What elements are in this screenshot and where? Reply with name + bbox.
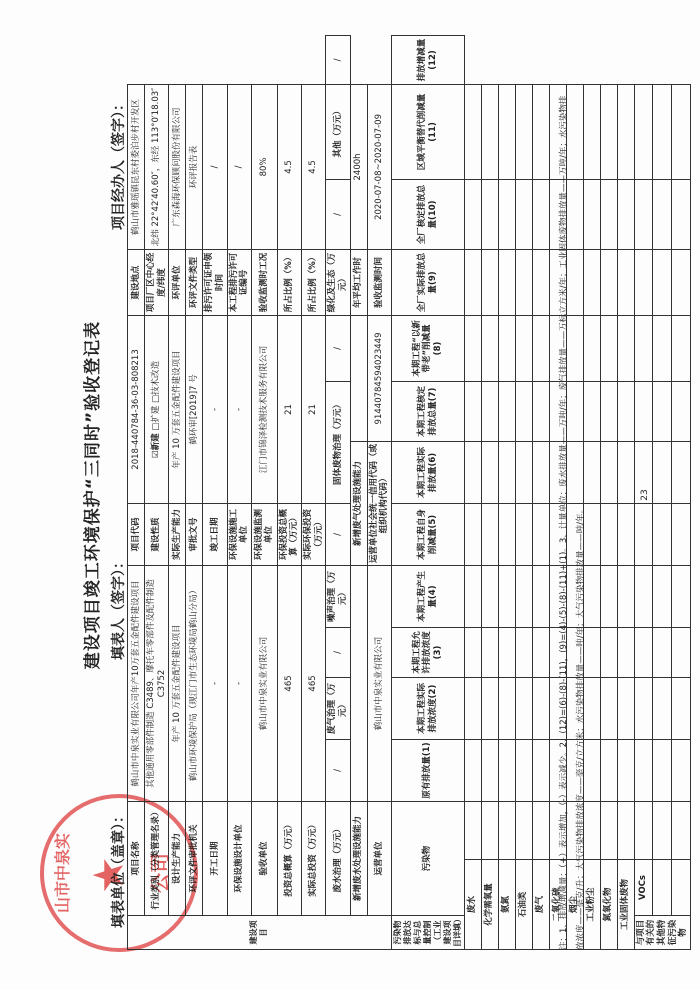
header-col-2: 本期工程实际排放浓度(2) <box>391 677 464 739</box>
label-gas-treatment: 废气治理（万元） <box>326 677 350 739</box>
pollutant-cell <box>672 627 691 677</box>
label-env-invest-budget: 环保投资总概算（万元） <box>277 503 301 565</box>
value-project-name: 鹤山市中泉实业有限公司年产10万套五金配件建设项目 <box>128 565 145 801</box>
pollutant-cell <box>498 739 515 801</box>
header-col-10: 全厂核定排放总量(10) <box>391 179 464 249</box>
value-acceptance-unit: 鹤山市中泉实业有限公司 <box>251 565 277 801</box>
pollutant-cell <box>617 739 634 801</box>
pollutant-cell <box>653 677 672 739</box>
label-permit-time: 排污许可证申领时间 <box>203 249 227 315</box>
pollutant-cell <box>653 739 672 801</box>
pollutant-row: 工业固体废物 <box>617 36 634 950</box>
label-design-capacity: 设计生产能力 <box>169 801 186 915</box>
pollutant-cell <box>464 739 481 801</box>
pollutant-cell <box>672 315 691 381</box>
value-greening: / <box>326 179 350 249</box>
filler-label: 填表人（签字）： <box>108 555 128 660</box>
pollutant-cell <box>481 503 498 565</box>
pollutant-cell <box>653 801 672 859</box>
pollutant-cell <box>532 739 549 801</box>
pollutant-cell <box>464 565 481 627</box>
pollutant-cell <box>617 627 634 677</box>
pollutant-cell <box>617 315 634 381</box>
manager-label: 项目经办人（签字）： <box>108 97 128 230</box>
pollutant-cell <box>600 249 617 315</box>
pollutant-cell <box>498 801 515 859</box>
pollutant-cell <box>481 801 498 859</box>
pollutant-cell <box>532 677 549 739</box>
pollutant-row: 石油类 <box>515 36 532 950</box>
label-industry: 行业类别（分类管理名录） <box>145 801 169 915</box>
value-water-treatment: / <box>326 739 350 801</box>
value-ratio-budget: 4.5 <box>277 84 301 249</box>
value-work-hours: 2400h <box>350 84 367 249</box>
pollutant-cell <box>617 84 634 179</box>
pollutant-cell <box>617 441 634 503</box>
pollutant-cell <box>498 84 515 179</box>
value-new-water-capacity <box>350 565 367 801</box>
pollutant-cell <box>532 381 549 441</box>
label-acceptance-unit: 验收单位 <box>251 801 277 915</box>
section-label-pollutant: 污染物排放达标与总量控制（工业建设项目详填） <box>391 916 464 950</box>
pollutant-cell <box>532 84 549 179</box>
label-start-date: 开工日期 <box>203 801 227 915</box>
pollutant-row: 氮氧化物 <box>600 36 617 950</box>
pollutant-cell <box>498 677 515 739</box>
page-number: 23 <box>640 0 650 990</box>
pollutant-cell <box>515 565 532 627</box>
value-design-capacity: 年产 10 万套五金配件建设项目 <box>169 565 186 801</box>
label-center-coords: 项目厂区中心经度/纬度 <box>145 249 169 315</box>
value-eia-type: 环评报告表 <box>186 84 203 249</box>
pollutant-name: 工业固体废物 <box>617 860 634 950</box>
pollutant-cell <box>481 627 498 677</box>
value-other: / <box>326 36 350 85</box>
pollutant-cell <box>498 315 515 381</box>
pollutant-cell <box>498 503 515 565</box>
label-ratio-budget: 所占比例（%） <box>277 249 301 315</box>
label-water-treatment: 废水治理（万元） <box>326 801 350 915</box>
pollutant-cell <box>464 84 481 179</box>
label-design-unit: 环保设施设计单位 <box>227 801 251 915</box>
pollutant-cell <box>498 249 515 315</box>
pollutant-cell <box>532 627 549 677</box>
row-industry: 行业类别（分类管理名录） 其他通用零部件制造 C3489、摩托车零部件及配件制造… <box>145 36 169 950</box>
pollutant-cell <box>653 315 672 381</box>
page-title: 建设项目竣工环境保护“三同时”验收登记表 <box>78 0 103 990</box>
pollutant-cell <box>672 441 691 503</box>
value-monitor-unit: 江门市锦泽检测技术服务有限公司 <box>251 315 277 503</box>
label-project-code: 项目代码 <box>128 503 145 565</box>
row-design-capacity: 设计生产能力 年产 10 万套五金配件建设项目 实际生产能力 年产 10 万套五… <box>169 36 186 950</box>
header-col-9: 全厂实际排放总量(9) <box>391 249 464 315</box>
label-noise-treatment: 噪声治理（万元） <box>326 565 350 627</box>
pollutant-cell <box>532 179 549 249</box>
pollutant-cell <box>600 315 617 381</box>
label-new-water-capacity: 新增废水处理设施能力 <box>350 801 367 915</box>
label-ratio-actual: 所占比例（%） <box>302 249 326 315</box>
value-credit-code: 91440784594023449 <box>367 315 391 441</box>
value-construct-unit: - <box>227 315 251 503</box>
pollutant-cell <box>481 565 498 627</box>
pollutant-cell <box>672 677 691 739</box>
header-col-3: 本期工程允许排放浓度(3) <box>391 627 464 677</box>
pollutant-cell <box>464 441 481 503</box>
pollutant-name: 废气 <box>532 860 549 950</box>
row-treatment: 废水治理（万元） / 废气治理（万元） / 噪声治理（万元） / 固体废物治理（… <box>326 36 350 950</box>
pollutant-cell <box>532 249 549 315</box>
document-page: 山市中泉实 ★ 公司 建设项目竣工环境保护“三同时”验收登记表 填表单位（盖章）… <box>0 0 700 990</box>
pollutant-cell <box>498 627 515 677</box>
value-work-condition: 80% <box>251 84 277 249</box>
value-doc-no: 鹤环审[2019]7 号 <box>186 315 203 503</box>
pollutant-cell <box>498 565 515 627</box>
header-pollutant: 污染物 <box>391 801 464 915</box>
pollutant-row: 化学需氧量 <box>481 36 498 950</box>
pollutant-cell <box>515 249 532 315</box>
value-invest-total: 465 <box>277 565 301 801</box>
value-site: 鹤山市雅瑶镇昆东村委泊步村开发区 <box>128 84 145 249</box>
pollutant-cell <box>617 565 634 627</box>
pollutant-cell <box>653 503 672 565</box>
pollutant-cell <box>617 249 634 315</box>
pollutant-cell <box>464 801 481 859</box>
pollutant-cell <box>464 627 481 677</box>
pollutant-cell <box>481 381 498 441</box>
pollutant-cell <box>617 503 634 565</box>
pollutant-cell <box>481 441 498 503</box>
pollutant-name: 氨氮 <box>498 860 515 950</box>
pollutant-cell <box>515 381 532 441</box>
seal-text-top: 山市中泉实 <box>50 808 73 938</box>
pollutant-cell <box>464 179 481 249</box>
pollutant-name: 石油类 <box>515 860 532 950</box>
value-actual-capacity: 年产 10 万套五金配件建设项目 <box>169 315 186 503</box>
label-nature: 建设性质 <box>145 503 169 565</box>
pollutant-cell <box>600 503 617 565</box>
label-site: 建设地点 <box>128 249 145 315</box>
pollutant-row <box>653 36 672 950</box>
pollutant-row: 氨氮 <box>498 36 515 950</box>
value-design-unit: - <box>227 565 251 801</box>
pollutant-cell <box>600 677 617 739</box>
label-project-name: 项目名称 <box>128 801 145 915</box>
pollutant-cell <box>653 627 672 677</box>
pollutant-cell <box>515 503 532 565</box>
pollutant-cell <box>600 801 617 859</box>
pollutant-cell <box>464 381 481 441</box>
label-monitor-unit: 环保设施监测单位 <box>251 503 277 565</box>
pollutant-cell <box>617 677 634 739</box>
pollutant-cell <box>481 315 498 381</box>
pollutant-cell <box>653 565 672 627</box>
pollutant-cell <box>672 739 691 801</box>
row-project-name: 建设项目 项目名称 鹤山市中泉实业有限公司年产10万套五金配件建设项目 项目代码… <box>128 36 145 950</box>
footnote-line-1: 注：1、排放增减量：（+）表示增加，（-）表示减少。2、(12)=(6)-(8)… <box>556 40 573 950</box>
pollutant-cell <box>600 565 617 627</box>
header-col-7: 本期工程核定排放总量(7) <box>391 381 464 441</box>
header-col-11: 区域平衡替代削减量(11) <box>391 84 464 179</box>
pollutant-cell <box>672 503 691 565</box>
header-col-12: 排放增减量(12) <box>391 36 464 85</box>
row-operator: 运营单位 鹤山市中泉实业有限公司 运营单位社会统一信用代码（或组织机构代码） 9… <box>367 36 391 950</box>
pollutant-name <box>672 860 691 916</box>
pollutant-name: 氮氧化物 <box>600 860 617 950</box>
value-approval-org: 鹤山市环境保护局（现江门市生态环境局鹤山分局） <box>186 565 203 801</box>
pollutant-row <box>672 36 691 950</box>
row-invest-total: 投资总概算（万元） 465 环保投资总概算（万元） 21 所占比例（%） 4.5 <box>277 36 301 950</box>
value-project-code: 2018-440784-36-03-808213 <box>128 315 145 503</box>
pollutant-cell <box>672 565 691 627</box>
pollutant-cell <box>464 249 481 315</box>
label-monitor-period: 验收监测时间 <box>367 249 391 315</box>
label-solid-treatment: 固体废物治理（万元） <box>326 381 350 503</box>
pollutant-cell <box>672 249 691 315</box>
value-start-date: - <box>203 565 227 801</box>
value-env-invest-actual: 21 <box>302 315 326 503</box>
pollutant-cell <box>532 801 549 859</box>
label-work-condition: 验收监测时工况 <box>251 249 277 315</box>
pollutant-cell <box>481 677 498 739</box>
value-finish-date: - <box>203 315 227 503</box>
value-permit-no: / <box>227 84 251 249</box>
pollutant-cell <box>515 315 532 381</box>
value-ratio-actual: 4.5 <box>302 84 326 249</box>
row-acceptance-unit: 验收单位 鹤山市中泉实业有限公司 环保设施监测单位 江门市锦泽检测技术服务有限公… <box>251 36 277 950</box>
value-operator: 鹤山市中泉实业有限公司 <box>367 565 391 801</box>
pollutant-cell <box>600 84 617 179</box>
label-env-invest-actual: 实际环保投资（万元） <box>302 503 326 565</box>
pollutant-cell <box>653 249 672 315</box>
label-eia-type: 环评文件类型 <box>186 249 203 315</box>
pollutant-cell <box>617 801 634 859</box>
label-permit-no: 本工程排污许可证编号 <box>227 249 251 315</box>
pollutant-row: 废气 <box>532 36 549 950</box>
pollutant-name: 废水 <box>464 860 481 950</box>
label-actual-capacity: 实际生产能力 <box>169 503 186 565</box>
value-eia-unit: 广东森海环保顾问股份有限公司 <box>169 84 186 249</box>
pollutant-cell <box>600 739 617 801</box>
pollutant-cell <box>464 503 481 565</box>
value-solid-treatment: / <box>326 315 350 381</box>
value-monitor-period: 2020-07-08~2020-07-09 <box>367 84 391 249</box>
pollutant-cell <box>481 179 498 249</box>
pollutant-cell <box>498 381 515 441</box>
pollutant-cell <box>532 503 549 565</box>
pollutant-cell <box>515 179 532 249</box>
pollutant-cell <box>600 441 617 503</box>
pollutant-header-row: 污染物排放达标与总量控制（工业建设项目详填） 污染物 原有排放量(1) 本期工程… <box>391 36 464 950</box>
value-permit-time: / <box>203 84 227 249</box>
checkbox-extension: □扩建 <box>151 406 161 431</box>
pollutant-cell <box>653 84 672 179</box>
pollutant-name: 化学需氧量 <box>481 860 498 950</box>
value-new-gas-capacity <box>350 315 367 441</box>
header-col-6: 本期工程实际排放量(6) <box>391 441 464 503</box>
pollutant-cell <box>600 627 617 677</box>
pollutant-cell <box>515 84 532 179</box>
pollutant-cell <box>464 315 481 381</box>
label-new-gas-capacity: 新增废气处理设施能力 <box>350 441 367 565</box>
pollutant-cell <box>498 179 515 249</box>
pollutant-cell <box>515 441 532 503</box>
pollutant-cell <box>498 441 515 503</box>
label-work-hours: 年平均工作时 <box>350 249 367 315</box>
pollutant-cell <box>532 315 549 381</box>
pollutant-cell <box>464 677 481 739</box>
pollutant-cell <box>532 441 549 503</box>
checkbox-tech-upgrade: □技术改造 <box>151 361 161 403</box>
header-col-1: 原有排放量(1) <box>391 739 464 801</box>
pollutant-cell <box>672 801 691 859</box>
pollutant-cell <box>653 441 672 503</box>
pollutant-cell <box>515 801 532 859</box>
pollutant-cell <box>515 739 532 801</box>
row-actual-total: 实际总投资（万元） 465 实际环保投资（万元） 21 所占比例（%） 4.5 <box>302 36 326 950</box>
label-actual-total: 实际总投资（万元） <box>302 801 326 915</box>
header-col-5: 本期工程自身削减量(5) <box>391 503 464 565</box>
value-noise-treatment: / <box>326 503 350 565</box>
row-approval-org: 环评文件审批机关 鹤山市环境保护局（现江门市生态环境局鹤山分局） 审批文号 鹤环… <box>186 36 203 950</box>
row-start-date: 开工日期 - 竣工日期 - 排污许可证申领时间 / <box>203 36 227 950</box>
pollutant-cell <box>600 381 617 441</box>
footnotes: 注：1、排放增减量：（+）表示增加，（-）表示减少。2、(12)=(6)-(8)… <box>556 40 590 950</box>
pollutant-cell <box>515 627 532 677</box>
footnote-line-2: 放浓度——毫克/升；大气污染物排放浓度——毫克/立方米；水污染物排放量——吨/年… <box>573 40 590 950</box>
value-center-coords: 北纬 22°42′40.60″，东经 113°0′18.03″ <box>145 84 169 249</box>
section-label-project: 建设项目 <box>128 916 392 950</box>
pollutant-cell <box>600 179 617 249</box>
label-doc-no: 审批文号 <box>186 503 203 565</box>
row-capacity: 新增废水处理设施能力 新增废气处理设施能力 年平均工作时 2400h <box>350 36 367 950</box>
label-greening: 绿化及生态（万元） <box>326 249 350 315</box>
pollutant-cell <box>617 179 634 249</box>
value-gas-treatment: / <box>326 627 350 677</box>
label-other: 其他（万元） <box>326 84 350 179</box>
value-nature: ☑新建 □扩建 □技术改造 <box>145 315 169 503</box>
pollutant-cell <box>515 677 532 739</box>
row-design-unit: 环保设施设计单位 - 环保设施施工单位 - 本工程排污许可证编号 / <box>227 36 251 950</box>
value-industry: 其他通用零部件制造 C3489、摩托车零部件及配件制造 C3752 <box>145 565 169 801</box>
pollutant-name <box>653 860 672 916</box>
label-approval-org: 环评文件审批机关 <box>186 801 203 915</box>
pollutant-cell <box>653 179 672 249</box>
header-col-8: 本期工程“以新带老”削减量(8) <box>391 315 464 381</box>
label-eia-unit: 环评单位 <box>169 249 186 315</box>
pollutant-cell <box>532 565 549 627</box>
label-finish-date: 竣工日期 <box>203 503 227 565</box>
pollutant-cell <box>672 84 691 179</box>
pollutant-cell <box>672 179 691 249</box>
label-construct-unit: 环保设施施工单位 <box>227 503 251 565</box>
pollutant-cell <box>672 381 691 441</box>
value-env-invest-budget: 21 <box>277 315 301 503</box>
registration-table: 建设项目 项目名称 鹤山市中泉实业有限公司年产10万套五金配件建设项目 项目代码… <box>127 35 691 950</box>
filling-unit-label: 填表单位（盖章）： <box>108 809 128 928</box>
label-operator: 运营单位 <box>367 801 391 915</box>
value-actual-total: 465 <box>302 565 326 801</box>
pollutant-cell <box>481 84 498 179</box>
label-invest-total: 投资总概算（万元） <box>277 801 301 915</box>
pollutant-row: 废水 <box>464 36 481 950</box>
pollutant-cell <box>653 381 672 441</box>
pollutant-cell <box>481 249 498 315</box>
header-col-4: 本期工程产生量(4) <box>391 565 464 627</box>
checkbox-new: ☑新建 <box>151 433 161 458</box>
label-credit-code: 运营单位社会统一信用代码（或组织机构代码） <box>367 441 391 565</box>
pollutant-cell <box>481 739 498 801</box>
pollutant-cell <box>617 381 634 441</box>
